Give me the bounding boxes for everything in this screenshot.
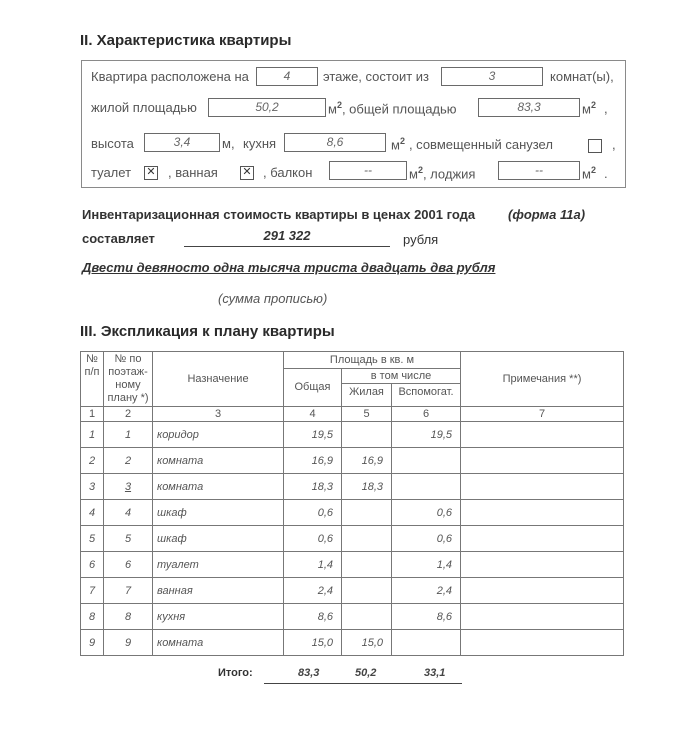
- valuation-amount: 291 322: [184, 228, 390, 247]
- row-aux: 8,6: [392, 604, 461, 630]
- row-purpose: ванная: [153, 578, 284, 604]
- row-total: 18,3: [284, 474, 342, 500]
- valuation-currency: рубля: [403, 232, 438, 247]
- table-row: 66туалет1,41,4: [81, 552, 624, 578]
- balcony-field[interactable]: --: [329, 161, 407, 180]
- row-plan-num: 8: [104, 604, 153, 630]
- row-aux: [392, 630, 461, 656]
- row-num: 3: [81, 474, 104, 500]
- header-auxiliary: Вспомогат.: [392, 384, 461, 407]
- row-aux: 19,5: [392, 422, 461, 448]
- rooms-field[interactable]: 3: [441, 67, 543, 86]
- row-living: [342, 604, 392, 630]
- bath-checkbox[interactable]: ✕: [240, 166, 254, 180]
- totals-aux: 33,1: [424, 667, 445, 679]
- valuation-heading: Инвентаризационная стоимость квартиры в …: [82, 207, 475, 222]
- comma: ,: [604, 101, 608, 116]
- unit-m: м: [391, 137, 400, 152]
- row-living: 15,0: [342, 630, 392, 656]
- row-total: 15,0: [284, 630, 342, 656]
- amount-in-words: Двести девяносто одна тысяча триста двад…: [82, 260, 495, 275]
- row-living: [342, 552, 392, 578]
- row-plan-num: 1: [104, 422, 153, 448]
- row-purpose: комната: [153, 448, 284, 474]
- table-row: 33комната18,318,3: [81, 474, 624, 500]
- col-number: 7: [461, 407, 624, 422]
- table-row: 99комната15,015,0: [81, 630, 624, 656]
- row-notes: [461, 630, 624, 656]
- kitchen-label: кухня: [243, 136, 276, 151]
- row-living: [342, 578, 392, 604]
- row-plan-num: 6: [104, 552, 153, 578]
- table-row: 22комната16,916,9: [81, 448, 624, 474]
- valuation-form: (форма 11а): [508, 207, 585, 222]
- amount-in-words-caption: (сумма прописью): [218, 291, 327, 306]
- row-num: 2: [81, 448, 104, 474]
- loggia-field[interactable]: --: [498, 161, 580, 180]
- row-purpose: шкаф: [153, 526, 284, 552]
- row-notes: [461, 578, 624, 604]
- row-notes: [461, 526, 624, 552]
- height-field[interactable]: 3,4: [144, 133, 220, 152]
- row-num: 9: [81, 630, 104, 656]
- header-including: в том числе: [342, 369, 461, 384]
- row-living: 18,3: [342, 474, 392, 500]
- row-num: 6: [81, 552, 104, 578]
- explication-table: № п/п № по поэтаж-ному плану *) Назначен…: [80, 351, 624, 656]
- row-num: 7: [81, 578, 104, 604]
- section-3-title: III. Экспликация к плану квартиры: [80, 323, 335, 340]
- col-number: 6: [392, 407, 461, 422]
- col-number: 4: [284, 407, 342, 422]
- combined-bathroom-label: , совмещенный санузел: [409, 137, 553, 152]
- table-row: 77ванная2,42,4: [81, 578, 624, 604]
- header-purpose: Назначение: [153, 352, 284, 407]
- header-plan-num: № по поэтаж-ному плану *): [104, 352, 153, 407]
- column-numbers-row: 1 2 3 4 5 6 7: [81, 407, 624, 422]
- row-notes: [461, 552, 624, 578]
- kitchen-field[interactable]: 8,6: [284, 133, 386, 152]
- row-total: 0,6: [284, 526, 342, 552]
- unit-sup: 2: [591, 100, 596, 110]
- header-total: Общая: [284, 369, 342, 407]
- height-label: высота: [91, 136, 134, 151]
- row-living: [342, 526, 392, 552]
- row-aux: 0,6: [392, 526, 461, 552]
- floor-label: Квартира расположена на: [91, 69, 249, 84]
- combined-bathroom-checkbox[interactable]: [588, 139, 602, 153]
- rooms-label: этаже, состоит из: [323, 69, 429, 84]
- total-area-label: , общей площадью: [342, 101, 457, 116]
- row-purpose: туалет: [153, 552, 284, 578]
- totals-living: 50,2: [355, 667, 376, 679]
- row-aux: 2,4: [392, 578, 461, 604]
- row-num: 5: [81, 526, 104, 552]
- table-row: 11коридор19,519,5: [81, 422, 624, 448]
- row-purpose: коридор: [153, 422, 284, 448]
- row-purpose: шкаф: [153, 500, 284, 526]
- col-number: 2: [104, 407, 153, 422]
- section-2-title: II. Характеристика квартиры: [80, 32, 291, 49]
- balcony-label: , балкон: [263, 165, 312, 180]
- col-number: 5: [342, 407, 392, 422]
- toilet-checkbox[interactable]: ✕: [144, 166, 158, 180]
- row-living: [342, 500, 392, 526]
- row-purpose: комната: [153, 630, 284, 656]
- rooms-suffix: комнат(ы),: [550, 69, 614, 84]
- unit-sup: 2: [400, 136, 405, 146]
- col-number: 3: [153, 407, 284, 422]
- table-row: 55шкаф0,60,6: [81, 526, 624, 552]
- row-living: [342, 422, 392, 448]
- row-living: 16,9: [342, 448, 392, 474]
- header-area: Площадь в кв. м: [284, 352, 461, 369]
- valuation-label: составляет: [82, 231, 155, 246]
- living-area-label: жилой площадью: [91, 100, 197, 115]
- row-num: 4: [81, 500, 104, 526]
- totals-label: Итого:: [218, 667, 253, 679]
- row-total: 16,9: [284, 448, 342, 474]
- floor-field[interactable]: 4: [256, 67, 318, 86]
- unit-m: м: [582, 101, 591, 116]
- unit-m: м: [582, 166, 591, 181]
- row-notes: [461, 448, 624, 474]
- row-plan-num: 9: [104, 630, 153, 656]
- row-total: 19,5: [284, 422, 342, 448]
- row-notes: [461, 422, 624, 448]
- row-num: 1: [81, 422, 104, 448]
- row-total: 2,4: [284, 578, 342, 604]
- table-row: 88кухня8,68,6: [81, 604, 624, 630]
- unit-m: м: [328, 101, 337, 116]
- row-plan-num: 2: [104, 448, 153, 474]
- row-notes: [461, 474, 624, 500]
- header-num: № п/п: [81, 352, 104, 407]
- row-aux: 1,4: [392, 552, 461, 578]
- comma: ,: [612, 137, 616, 152]
- row-aux: 0,6: [392, 500, 461, 526]
- row-plan-num: 7: [104, 578, 153, 604]
- period: .: [604, 166, 608, 181]
- toilet-label: туалет: [91, 165, 131, 180]
- bath-label: , ванная: [168, 165, 218, 180]
- living-area-field[interactable]: 50,2: [208, 98, 326, 117]
- unit-m: м: [409, 166, 418, 181]
- row-num: 8: [81, 604, 104, 630]
- totals-underline: [264, 683, 462, 684]
- row-notes: [461, 604, 624, 630]
- col-number: 1: [81, 407, 104, 422]
- header-living: Жилая: [342, 384, 392, 407]
- loggia-label: , лоджия: [423, 166, 475, 181]
- row-notes: [461, 500, 624, 526]
- row-purpose: комната: [153, 474, 284, 500]
- row-plan-num: 5: [104, 526, 153, 552]
- row-plan-num: 4: [104, 500, 153, 526]
- total-area-field[interactable]: 83,3: [478, 98, 580, 117]
- row-total: 1,4: [284, 552, 342, 578]
- header-notes: Примечания **): [461, 352, 624, 407]
- row-aux: [392, 448, 461, 474]
- row-purpose: кухня: [153, 604, 284, 630]
- totals-total: 83,3: [298, 667, 319, 679]
- row-total: 0,6: [284, 500, 342, 526]
- row-aux: [392, 474, 461, 500]
- row-total: 8,6: [284, 604, 342, 630]
- height-unit: м,: [222, 136, 235, 151]
- unit-sup: 2: [591, 165, 596, 175]
- row-plan-num: 3: [104, 474, 153, 500]
- table-row: 44шкаф0,60,6: [81, 500, 624, 526]
